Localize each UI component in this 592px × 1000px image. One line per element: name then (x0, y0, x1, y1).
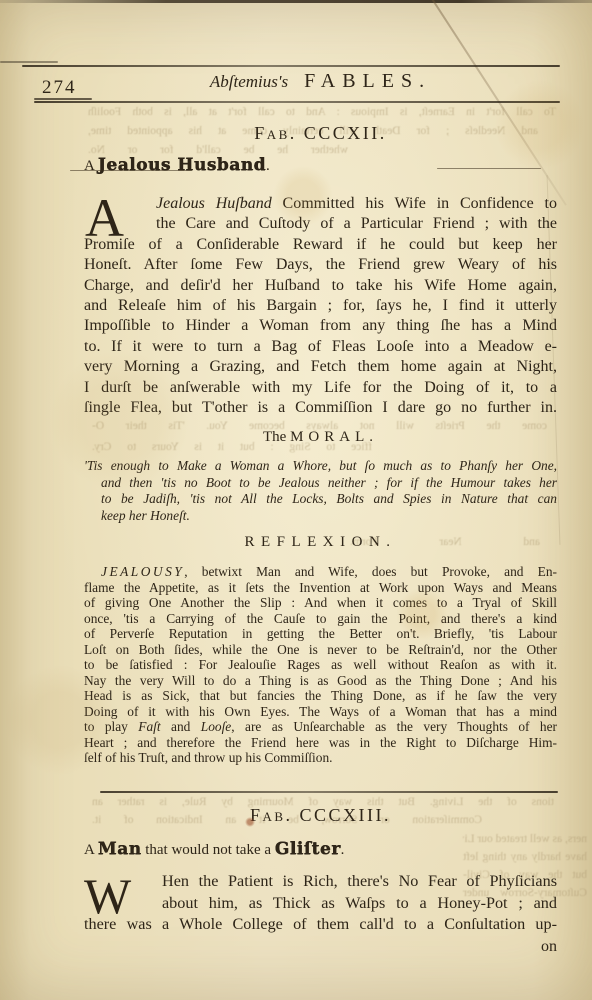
title-flourish-left (70, 170, 192, 171)
header-rule-top (22, 65, 560, 67)
text-segment: Faſt (138, 719, 160, 734)
text-line: and Releaſe him of his Bargain ; for, ſa… (84, 296, 557, 316)
text-segment: Gliſter (275, 839, 341, 859)
text-line: to be ſatisfied : For Jealouſie Rages as… (84, 657, 557, 673)
text-segment: A (84, 158, 98, 174)
text-segment: Charge, and deſir'd her Huſband to take … (84, 277, 557, 294)
text-line: to play Faſt and Looſe, are as Unſearcha… (84, 719, 557, 735)
running-title: Abſtemius'sFABLES. (84, 70, 557, 93)
text-segment: that would not take a (141, 842, 274, 858)
text-line: Jealous Huſband Committed his Wife in Co… (84, 194, 557, 214)
text-segment: 'Tis enough to Make a Woman a Whore, but… (84, 458, 557, 473)
text-line: once, 'tis a Carrying of the Cauſe to ga… (84, 611, 557, 627)
text-segment: Head is as Sick, that but fancies the Th… (84, 688, 557, 703)
text-segment: Jealous Huſband (156, 195, 272, 212)
text-segment: Nay the very Will to do a Thing is as Go… (84, 673, 557, 688)
text-line: A Jealous Husband. (84, 155, 557, 175)
text-segment: the Care and Cuſtody of a Particular Fri… (156, 215, 557, 232)
text-line: Impoſſible to Hinder a Woman from any th… (84, 316, 557, 336)
fable-312-title: A Jealous Husband. (84, 155, 557, 175)
text-segment: and then 'tis no Boot to be Jealous neit… (101, 475, 557, 490)
book-page-scan: To call for't in Earneſt, is Impious : A… (0, 0, 592, 1000)
text-line: the Care and Cuſtody of a Particular Fri… (84, 214, 557, 234)
text-line: to be Jadiſh, 'tis not All the Locks, Bo… (84, 491, 557, 508)
running-title-author: Abſtemius's (210, 72, 288, 91)
text-segment: A (84, 842, 98, 858)
reflexion-heading: REFLEXION. (84, 534, 557, 551)
text-segment: Jealous Husband (98, 155, 266, 175)
text-line: Charge, and deſir'd her Huſband to take … (84, 276, 557, 296)
header-rule-bottom (34, 101, 560, 103)
text-segment: to. If it were to turn a Bag of Fleas Lo… (84, 338, 557, 355)
text-segment: ſingle Flea, but T'other is a Commiſſion… (84, 399, 557, 416)
text-segment: Honeſt. After ſome Few Days, the Friend … (84, 256, 557, 273)
text-segment: . (341, 842, 345, 858)
text-line: Loſt on Both ſides, while the One is nev… (84, 642, 557, 658)
text-line: of Perverſe Reputation in getting the Be… (84, 626, 557, 642)
text-line: A Man that would not take a Gliſter. (84, 839, 557, 859)
catchword: on (84, 938, 557, 956)
fable-313-body: W Hen the Patient is Rich, there's No Fe… (84, 871, 557, 936)
text-line: about him, as Thick as Waſps to a Honey-… (84, 893, 557, 915)
page-number: 274 (42, 77, 77, 99)
running-title-fables: FABLES. (304, 70, 431, 92)
text-line: JEALOUSY, betwixt Man and Wife, does but… (84, 564, 557, 580)
text-line: there was a Whole College of them call'd… (84, 914, 557, 936)
text-segment: once, 'tis a Carrying of the Cauſe to ga… (84, 611, 557, 626)
text-line: Promiſe of a Conſiderable Reward if he c… (84, 235, 557, 255)
moral-heading-caps: MORAL. (290, 429, 378, 445)
fable-313-number: Fab. CCCXIII. (84, 805, 557, 826)
title-flourish-right (437, 168, 541, 169)
text-segment: to be Jadiſh, 'tis not All the Locks, Bo… (101, 491, 557, 506)
page-number-underline (34, 98, 92, 100)
drop-cap: W (84, 876, 131, 916)
text-segment: and Releaſe him of his Bargain ; for, ſa… (84, 297, 557, 314)
text-segment: to be ſatisfied : For Jealouſie Rages as… (84, 657, 557, 672)
text-segment: JEALOUSY (101, 564, 184, 579)
text-line: ſelf of his Truſt, and throw up his Comm… (84, 750, 557, 766)
text-segment: I durſt be anſwerable with my Life for t… (84, 379, 557, 396)
text-segment: about him, as Thick as Waſps to a Honey-… (162, 894, 557, 912)
text-line: Honeſt. After ſome Few Days, the Friend … (84, 255, 557, 275)
text-line: ſingle Flea, but T'other is a Commiſſion… (84, 398, 557, 418)
text-segment: to play (84, 719, 138, 734)
text-segment: Hen the Patient is Rich, there's No Fear… (162, 872, 557, 890)
text-segment: , are as Unſearchable as the very Though… (231, 719, 557, 734)
text-line: 'Tis enough to Make a Woman a Whore, but… (84, 458, 557, 475)
reflexion-text: JEALOUSY, betwixt Man and Wife, does but… (84, 564, 557, 766)
text-segment: Impoſſible to Hinder a Woman from any th… (84, 317, 557, 334)
moral-heading-the: The (263, 429, 290, 445)
text-segment: and (161, 719, 201, 734)
moral-heading: The MORAL. (84, 429, 557, 446)
text-segment: Looſe (201, 719, 232, 734)
text-segment: Promiſe of a Conſiderable Reward if he c… (84, 236, 557, 253)
text-line: keep her Honeſt. (84, 508, 557, 525)
text-segment: flame the Appetite, as it ſets the Inven… (84, 580, 557, 595)
fable-313-title: A Man that would not take a Gliſter. (84, 839, 557, 859)
text-line: flame the Appetite, as it ſets the Inven… (84, 580, 557, 596)
text-segment: Committed his Wife in Confidence to (272, 195, 557, 212)
fable-312-body: A Jealous Huſband Committed his Wife in … (84, 194, 557, 418)
text-segment: of giving One Another the Slip : And whe… (84, 595, 557, 610)
text-line: Doing of it with his Own Eyes. The Ways … (84, 704, 557, 720)
text-segment: ſelf of his Truſt, and throw up his Comm… (84, 750, 333, 765)
bleed-through-text: To call for't in Earneſt, is Impious : A… (88, 106, 556, 118)
text-line: to. If it were to turn a Bag of Fleas Lo… (84, 337, 557, 357)
header-rule-dash (0, 61, 58, 63)
text-segment: keep her Honeſt. (101, 508, 190, 523)
text-line: I durſt be anſwerable with my Life for t… (84, 378, 557, 398)
text-line: Head is as Sick, that but fancies the Th… (84, 688, 557, 704)
text-segment: Doing of it with his Own Eyes. The Ways … (84, 704, 557, 719)
text-line: Heart ; and therefore the Friend here wa… (84, 735, 557, 751)
drop-cap: A (85, 197, 124, 239)
fable-312-number: Fab. CCCXII. (84, 123, 557, 144)
text-line: very Morning a Grazing, and Fetch them h… (84, 357, 557, 377)
text-line: Nay the very Will to do a Thing is as Go… (84, 673, 557, 689)
text-segment: very Morning a Grazing, and Fetch them h… (84, 358, 557, 375)
text-segment: Loſt on Both ſides, while the One is nev… (84, 642, 557, 657)
text-segment: Man (98, 839, 142, 859)
text-line: and then 'tis no Boot to be Jealous neit… (84, 475, 557, 492)
text-segment: Heart ; and therefore the Friend here wa… (84, 735, 557, 750)
text-line: Hen the Patient is Rich, there's No Fear… (84, 871, 557, 893)
moral-text: 'Tis enough to Make a Woman a Whore, but… (84, 458, 557, 524)
text-segment: . (266, 158, 270, 174)
text-segment: there was a Whole College of them call'd… (84, 915, 557, 933)
section-separator-rule (100, 791, 558, 793)
text-segment: of Perverſe Reputation in getting the Be… (84, 626, 557, 641)
scan-top-edge (0, 0, 592, 3)
text-line: of giving One Another the Slip : And whe… (84, 595, 557, 611)
text-segment: , betwixt Man and Wife, does but Provoke… (184, 564, 557, 579)
